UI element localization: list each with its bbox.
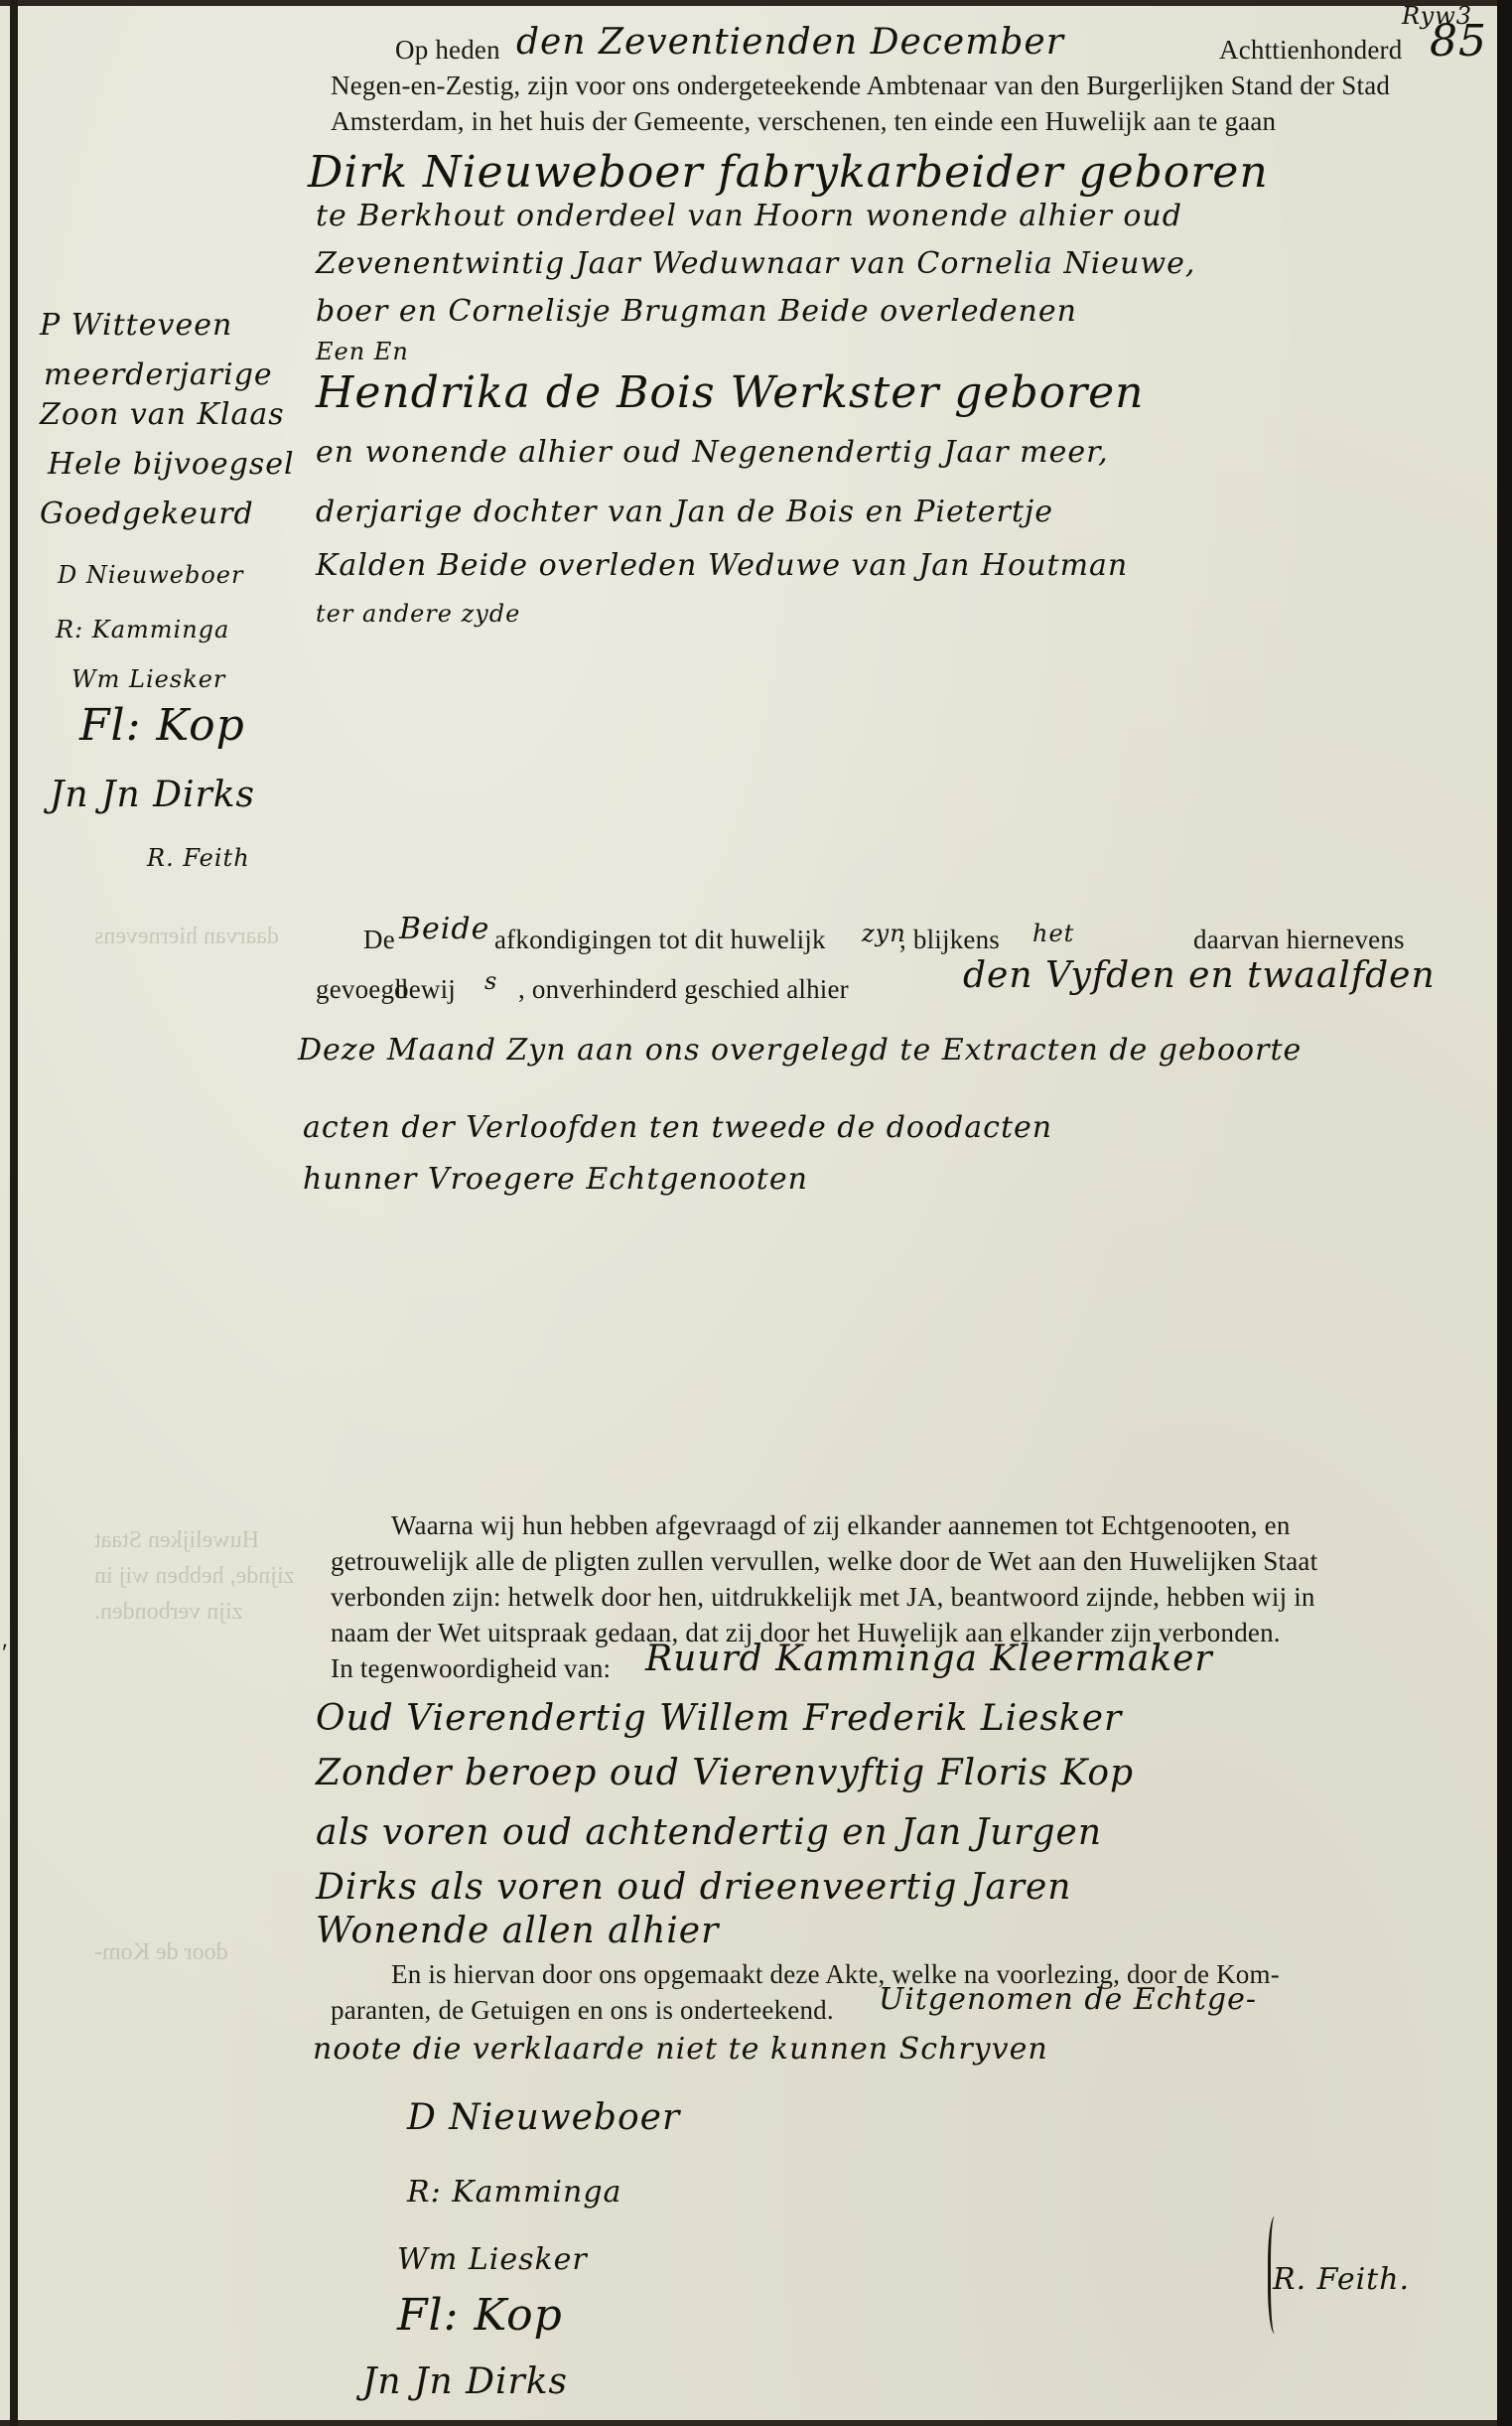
margin-signature: R: Kamminga: [56, 616, 229, 643]
proclamation-hand: s: [484, 967, 497, 995]
proclamation-hand: het: [1032, 920, 1074, 947]
witness-line: Ruurd Kamminga Kleermaker: [645, 1639, 1213, 1679]
bride-line: Kalden Beide overleden Weduwe van Jan Ho…: [316, 548, 1128, 583]
closing-hand: noote die verklaarde niet te kunnen Schr…: [313, 2032, 1048, 2067]
margin-note: P Witteveen: [40, 308, 232, 343]
bleed-through-text: door de Kom-: [94, 1939, 228, 1966]
closing-line: paranten, de Getuigen en ons is ondertee…: [331, 1992, 834, 2028]
intro-line-2: Negen-en-Zestig, zijn voor ons ondergete…: [331, 68, 1390, 103]
proclamation-hand-line: Deze Maand Zyn aan ons overgelegd te Ext…: [298, 1033, 1302, 1068]
signature: Fl: Kop: [397, 2290, 563, 2341]
witness-line: Dirks als voren oud drieenveertig Jaren: [316, 1867, 1072, 1908]
proclamation-blijkens: , blijkens: [899, 922, 1000, 957]
intro-date-hand: den Zeventienden December: [516, 22, 1064, 63]
ceremony-line: verbonden zijn: hetwelk door hen, uitdru…: [331, 1579, 1315, 1615]
signature: R: Kamminga: [407, 2175, 621, 2210]
intro-line-3: Amsterdam, in het huis der Gemeente, ver…: [331, 103, 1276, 139]
signature: D Nieuweboer: [407, 2097, 680, 2138]
margin-note: meerderjarige: [44, 357, 273, 392]
groom-line: Zevenentwintig Jaar Weduwnaar van Cornel…: [316, 246, 1195, 281]
proclamation-bewij: bewij: [395, 971, 456, 1007]
groom-line: te Berkhout onderdeel van Hoorn wonende …: [316, 199, 1182, 233]
document-page: daarvan hiernevens Huwelijken Staat zijn…: [0, 0, 1497, 2426]
margin-signature: R. Feith: [147, 844, 250, 872]
scan-edge-top: [0, 0, 1512, 6]
bride-line: Hendrika de Bois Werkster geboren: [316, 367, 1145, 418]
bride-line: derjarige dochter van Jan de Bois en Pie…: [316, 495, 1053, 529]
proclamation-gevoegd: gevoegd: [316, 971, 408, 1007]
proclamation-afkondiging: afkondigingen tot dit huwelijk: [494, 922, 826, 957]
ceremony-line: Waarna wij hun hebben afgevraagd of zij …: [391, 1507, 1291, 1543]
proclamation-hand-line: hunner Vroegere Echtgenooten: [303, 1162, 808, 1197]
groom-line: Dirk Nieuweboer fabrykarbeider geboren: [308, 147, 1269, 198]
closing-hand: Uitgenomen de Echtge-: [879, 1982, 1257, 2017]
witness-line: Oud Vierendertig Willem Frederik Liesker: [316, 1698, 1122, 1739]
margin-signature: Jn Jn Dirks: [50, 775, 255, 815]
witness-line: als voren oud achtendertig en Jan Jurgen: [316, 1812, 1102, 1853]
proclamation-onverhinderd: , onverhinderd geschied alhier: [518, 971, 849, 1007]
intro-op-heden: Op heden: [395, 32, 500, 68]
signature: Wm Liesker: [397, 2242, 588, 2277]
scan-edge-right: [1497, 0, 1512, 2426]
signature: Jn Jn Dirks: [362, 2361, 568, 2402]
bride-line: en wonende alhier oud Negenendertig Jaar…: [316, 435, 1109, 470]
bride-line: ter andere zyde: [316, 600, 520, 628]
witnesses-label: In tegenwoordigheid van:: [331, 1650, 611, 1686]
witness-line: Zonder beroep oud Vierenvyftig Floris Ko…: [316, 1753, 1134, 1793]
proclamation-hand: den Vyfden en twaalfden: [963, 955, 1436, 996]
groom-line: boer en Cornelisje Brugman Beide overled…: [316, 294, 1077, 329]
margin-signature: Wm Liesker: [71, 665, 225, 693]
margin-signature: Fl: Kop: [79, 700, 245, 751]
binding-rule: [10, 0, 18, 2426]
scan-edge-bottom: [0, 2420, 1512, 2426]
margin-note: Goedgekeurd: [40, 497, 254, 531]
margin-mark: ʹ: [2, 1639, 8, 1668]
proclamation-hand: Beide: [399, 912, 489, 946]
page-number: 85: [1430, 16, 1487, 67]
witness-line: Wonende allen alhier: [316, 1911, 719, 1951]
bleed-through-text: zijnde, hebben wij in: [94, 1563, 294, 1590]
margin-note: Zoon van Klaas: [40, 397, 285, 432]
bleed-through-text: zijn verbonden.: [94, 1599, 242, 1626]
proclamation-de: De: [363, 922, 395, 957]
official-signature: R. Feith.: [1273, 2262, 1410, 2297]
proclamation-daarvan: daarvan hiernevens: [1193, 922, 1405, 957]
intro-year-print: Achttienhonderd: [1219, 32, 1402, 68]
bleed-through-text: Huwelijken Staat: [94, 1527, 259, 1554]
ceremony-line: getrouwelijk alle de pligten zullen verv…: [331, 1543, 1317, 1579]
margin-signature: D Nieuweboer: [58, 561, 243, 589]
bleed-through-text: daarvan hiernevens: [94, 924, 279, 950]
proclamation-hand-line: acten der Verloofden ten tweede de dooda…: [303, 1110, 1052, 1145]
groom-line: Een En: [316, 338, 409, 365]
margin-note: Hele bijvoegsel: [48, 447, 295, 482]
